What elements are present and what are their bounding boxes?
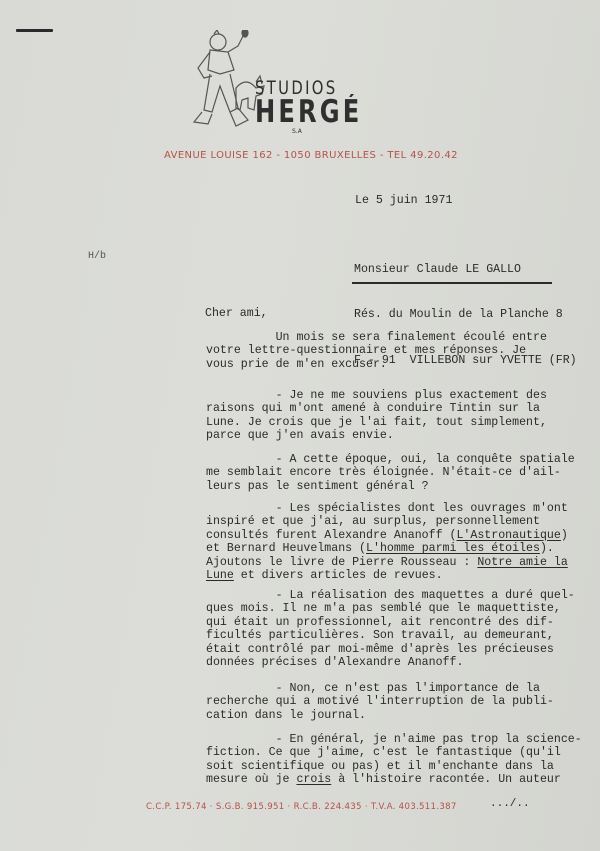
paragraph-models: - La réalisation des maquettes a duré qu… bbox=[206, 589, 576, 669]
underlined-title: L'homme parmi les étoiles bbox=[366, 542, 540, 555]
underlined-title: Notre amie la bbox=[477, 556, 567, 569]
paragraph-apology: Un mois se sera finalement écoulé entre … bbox=[206, 331, 576, 371]
letterhead-footer-registration: C.C.P. 175.74 · S.G.B. 915.951 · R.C.B. … bbox=[146, 802, 457, 812]
fold-mark bbox=[16, 29, 53, 32]
brand-herge: HERGÉ bbox=[255, 97, 333, 127]
recipient-name: Monsieur Claude LE GALLO bbox=[354, 262, 577, 277]
letterhead-address: AVENUE LOUISE 162 - 1050 BRUXELLES - TEL… bbox=[164, 150, 464, 161]
underlined-title: L'Astronautique bbox=[456, 529, 560, 542]
paragraph-interruption: - Non, ce n'est pas l'importance de la r… bbox=[206, 682, 576, 722]
recipient-underline bbox=[352, 282, 552, 284]
reference-initials: H/b bbox=[88, 249, 106, 264]
letter-date: Le 5 juin 1971 bbox=[355, 193, 452, 208]
studios-herge-brand: STUDIOS HERGÉ S.A bbox=[255, 78, 355, 137]
recipient-block: Monsieur Claude LE GALLO Rés. du Moulin … bbox=[354, 231, 577, 399]
letter-page: STUDIOS HERGÉ S.A AVENUE LOUISE 162 - 10… bbox=[0, 0, 600, 851]
recipient-street: Rés. du Moulin de la Planche 8 bbox=[354, 307, 577, 322]
paragraph-specialists: - Les spécialistes dont les ouvrages m'o… bbox=[206, 502, 576, 582]
paragraph-science-fiction: - En général, je n'aime pas trop la scie… bbox=[206, 733, 576, 787]
paragraph-reasons: - Je ne me souviens plus exactement des … bbox=[206, 389, 576, 443]
salutation: Cher ami, bbox=[205, 306, 268, 321]
paragraph-era: - A cette époque, oui, la conquête spati… bbox=[206, 453, 576, 493]
underlined-title: Lune bbox=[206, 569, 234, 582]
underlined-title: crois bbox=[296, 773, 331, 786]
continued-mark: .../.. bbox=[490, 798, 530, 810]
